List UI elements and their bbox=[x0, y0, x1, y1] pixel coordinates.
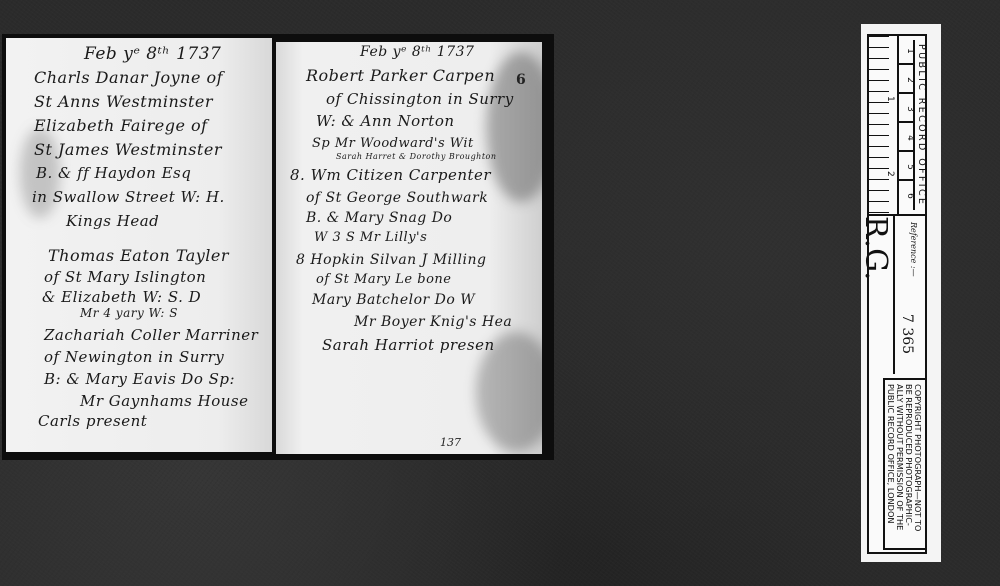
entry-line: of St George Southwark bbox=[306, 190, 488, 206]
date-heading: Feb yᵉ 8ᵗʰ 1737 bbox=[84, 44, 221, 64]
entry-line: Sp Mr Woodward's Wit bbox=[312, 136, 474, 151]
entry-line: Zachariah Coller Marriner bbox=[44, 326, 258, 344]
reference-label: Reference :— bbox=[909, 222, 918, 277]
inch-scale: 1 2 bbox=[869, 36, 899, 214]
entry-line: & Elizabeth W: S. D bbox=[42, 288, 201, 306]
office-name: PUBLIC RECORD OFFICE bbox=[916, 44, 927, 206]
entry-line: 8 Hopkin Silvan J Milling bbox=[296, 252, 486, 268]
entry-line: Mr Boyer Knig's Hea bbox=[354, 314, 512, 330]
right-page: Feb yᵉ 8ᵗʰ 1737 6 Robert Parker Carpen o… bbox=[276, 42, 542, 454]
copyright-line: PUBLIC RECORD OFFICE, LONDON bbox=[886, 384, 896, 524]
copyright-notice: COPYRIGHT PHOTOGRAPH—NOT TO BE REPRODUCE… bbox=[883, 378, 927, 550]
record-office-ruler: 1 2 1 2 3 4 5 6 PUBLIC RECORD OFFICE R.G… bbox=[861, 24, 941, 562]
entry-line: B. & Mary Snag Do bbox=[306, 210, 452, 226]
entry-line: St Anns Westminster bbox=[34, 92, 213, 111]
page-number: 137 bbox=[440, 436, 461, 449]
entry-line: of St Mary Le bone bbox=[316, 272, 451, 287]
entry-line: Charls Danar Joyne of bbox=[34, 68, 223, 87]
entry-line: Robert Parker Carpen bbox=[306, 66, 495, 85]
ruler-frame: 1 2 1 2 3 4 5 6 PUBLIC RECORD OFFICE R.G… bbox=[867, 34, 927, 554]
entry-line: B: & Mary Eavis Do Sp: bbox=[44, 370, 235, 388]
entry-line: Mary Batchelor Do W bbox=[312, 292, 475, 308]
entry-line: of St Mary Islington bbox=[44, 268, 206, 286]
entry-line: of Newington in Surry bbox=[44, 348, 224, 366]
entry-line: Sarah Harret & Dorothy Broughton bbox=[336, 152, 497, 161]
copyright-line: ALLY WITHOUT PERMISSION OF THE bbox=[895, 384, 905, 530]
scan-stage: Feb yᵉ 8ᵗʰ 1737 Charls Danar Joyne of St… bbox=[0, 0, 1000, 586]
register-book: Feb yᵉ 8ᵗʰ 1737 Charls Danar Joyne of St… bbox=[2, 34, 554, 460]
entry-line: Mr Gaynhams House bbox=[80, 392, 249, 410]
inch-label: 2 bbox=[885, 171, 895, 177]
copyright-line: BE REPRODUCED PHOTOGRAPHIC- bbox=[904, 384, 914, 526]
entry-line: Kings Head bbox=[66, 212, 159, 230]
entry-line: in Swallow Street W: H. bbox=[32, 188, 225, 206]
date-heading: Feb yᵉ 8ᵗʰ 1737 bbox=[360, 44, 474, 60]
entry-line: Mr 4 yary W: S bbox=[80, 306, 178, 320]
entry-line: Elizabeth Fairege of bbox=[34, 116, 208, 135]
office-label-box: PUBLIC RECORD OFFICE bbox=[913, 40, 929, 210]
entry-line: B. & ff Haydon Esq bbox=[36, 164, 191, 182]
entry-line: 8. Wm Citizen Carpenter bbox=[290, 166, 491, 184]
reference-box: Reference :— 7 365 bbox=[893, 214, 929, 374]
entry-line: of Chissington in Surry bbox=[326, 90, 514, 108]
entry-line: Sarah Harriot presen bbox=[322, 336, 495, 354]
copyright-line: COPYRIGHT PHOTOGRAPH—NOT TO bbox=[913, 384, 923, 531]
left-page: Feb yᵉ 8ᵗʰ 1737 Charls Danar Joyne of St… bbox=[6, 38, 272, 452]
entry-line: Thomas Eaton Tayler bbox=[48, 246, 229, 265]
series-code: R.G. bbox=[869, 216, 893, 276]
measurement-scale: 1 2 1 2 3 4 5 6 PUBLIC RECORD OFFICE bbox=[869, 36, 927, 216]
tick-marks bbox=[869, 36, 889, 214]
entry-line: Carls present bbox=[38, 412, 147, 430]
entry-line: W: & Ann Norton bbox=[316, 112, 455, 130]
folio-mark: 6 bbox=[516, 72, 526, 88]
reference-number: 7 365 bbox=[899, 314, 915, 354]
entry-line: St James Westminster bbox=[34, 140, 222, 159]
entry-line: W 3 S Mr Lilly's bbox=[314, 230, 427, 245]
inch-label: 1 bbox=[885, 96, 895, 102]
